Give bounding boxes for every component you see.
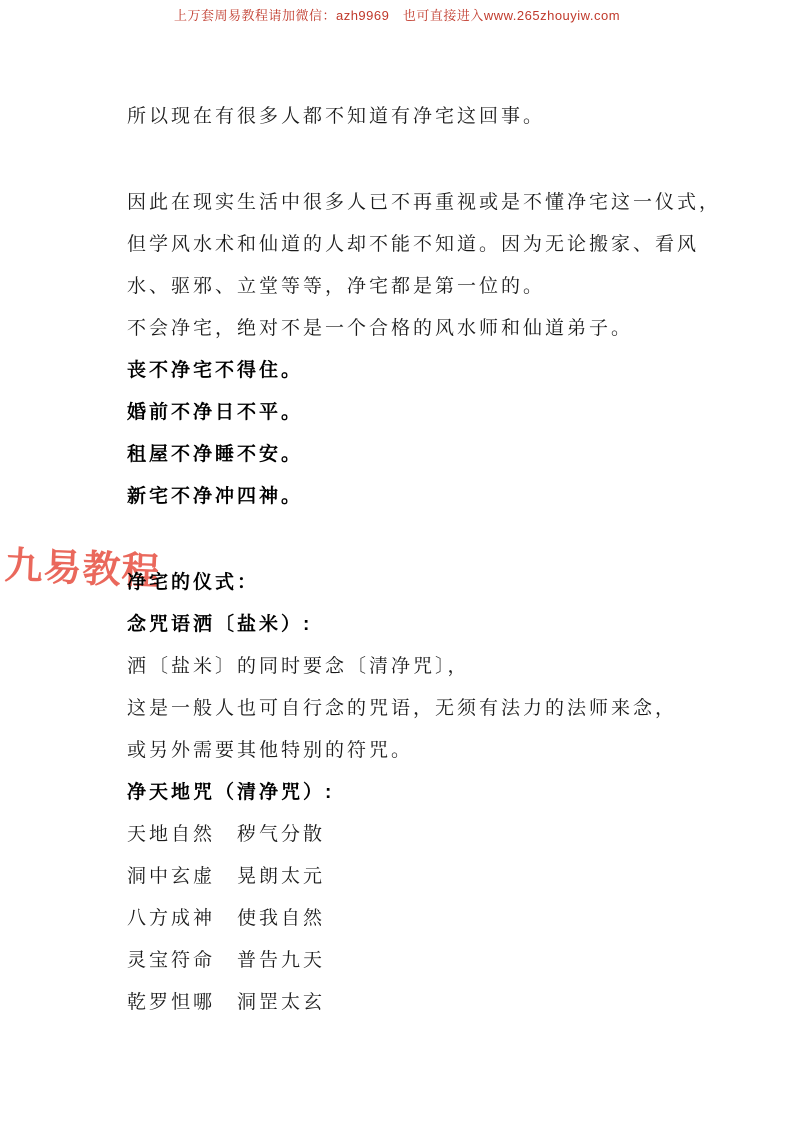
paragraph-line: 这是一般人也可自行念的咒语，无须有法力的法师来念， <box>127 688 684 730</box>
section-heading: 净天地咒（清净咒）: <box>127 772 684 814</box>
incantation-line: 天地自然 秽气分散 <box>127 814 684 856</box>
maxim-line: 婚前不净日不平。 <box>127 392 684 434</box>
maxim-line: 新宅不净冲四神。 <box>127 476 684 518</box>
paragraph-line: 水、驱邪、立堂等等，净宅都是第一位的。 <box>127 266 684 308</box>
incantation-line: 八方成神 使我自然 <box>127 898 684 940</box>
paragraph-line: 但学风水术和仙道的人却不能不知道。因为无论搬家、看风 <box>127 224 684 266</box>
document-body: 所以现在有很多人都不知道有净宅这回事。 因此在现实生活中很多人已不再重视或是不懂… <box>127 96 684 1024</box>
paragraph-line: 因此在现实生活中很多人已不再重视或是不懂净宅这一仪式， <box>127 182 684 224</box>
paragraph-line: 洒〔盐米〕的同时要念〔清净咒〕， <box>127 646 684 688</box>
paragraph-line: 不会净宅，绝对不是一个合格的风水师和仙道弟子。 <box>127 308 684 350</box>
section-heading: 念咒语洒〔盐米）: <box>127 604 684 646</box>
incantation-line: 乾罗怛哪 洞罡太玄 <box>127 982 684 1024</box>
maxim-line: 租屋不净睡不安。 <box>127 434 684 476</box>
paragraph-line: 所以现在有很多人都不知道有净宅这回事。 <box>127 96 684 138</box>
document-page: 上万套周易教程请加微信：azh9969 也可直接进入www.265zhouyiw… <box>0 0 794 1122</box>
header-promo-note: 上万套周易教程请加微信：azh9969 也可直接进入www.265zhouyiw… <box>0 5 794 24</box>
paragraph-line: 或另外需要其他特别的符咒。 <box>127 730 684 772</box>
section-heading: 净宅的仪式： <box>127 562 684 604</box>
incantation-line: 灵宝符命 普告九天 <box>127 940 684 982</box>
maxim-line: 丧不净宅不得住。 <box>127 350 684 392</box>
incantation-line: 洞中玄虚 晃朗太元 <box>127 856 684 898</box>
